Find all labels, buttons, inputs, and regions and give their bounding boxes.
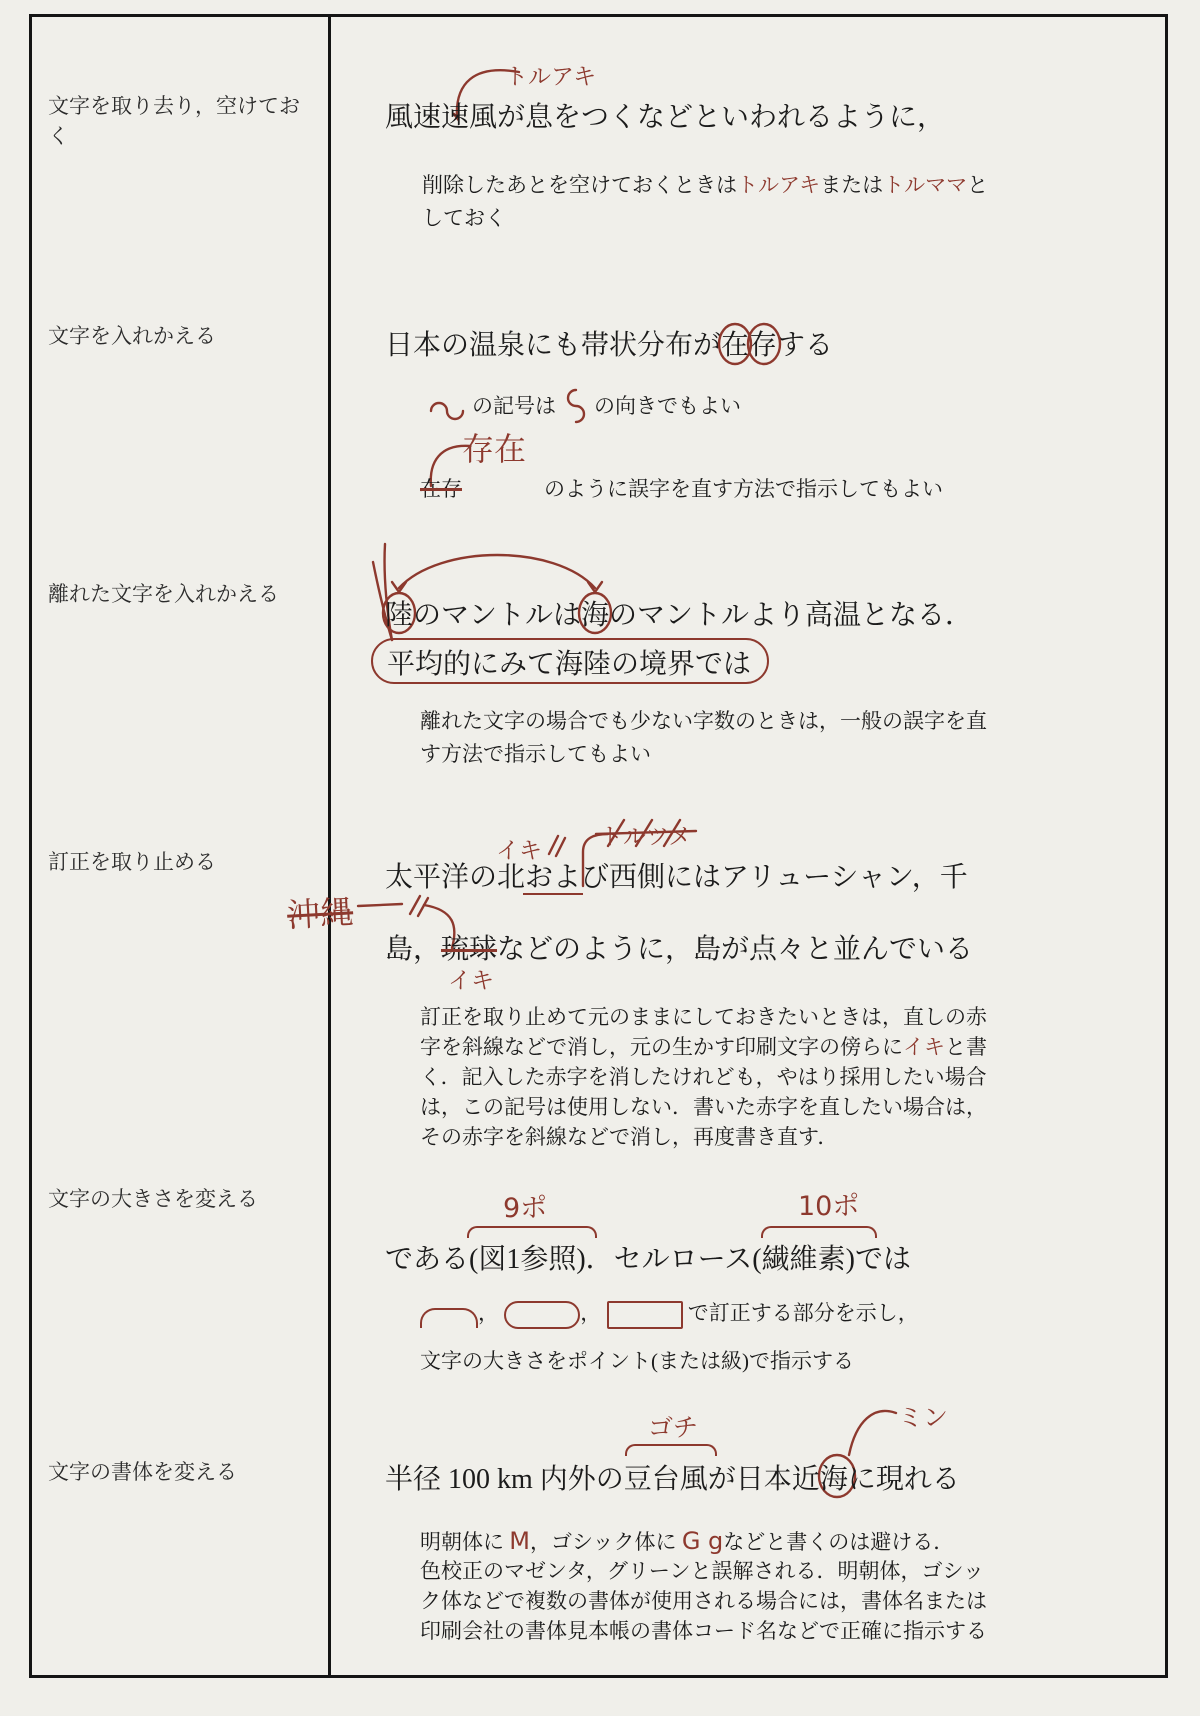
transpose-symbol-horizontal-icon	[428, 393, 466, 419]
typeface-bracket-mark	[625, 1444, 717, 1456]
row-label-typeface: 文字の書体を変える	[48, 1458, 314, 1488]
iki-term: イキ	[903, 1035, 945, 1059]
remove-note-text: 削除したあとを空けておくときは	[422, 173, 737, 197]
letter-m-red: M	[509, 1527, 530, 1555]
typeface-target-mincho: 海	[820, 1464, 848, 1495]
size-target-1: (図1参照)	[469, 1244, 586, 1275]
size-bracket-mark-1	[467, 1226, 597, 1238]
size-note-comma: ，	[580, 1301, 601, 1325]
typeface-text-mid: が日本近	[708, 1464, 820, 1495]
distant-note-line2: す方法で指示してもよい	[420, 739, 651, 769]
typeface-note-text: などと書くのは避ける．	[723, 1530, 954, 1554]
size-note-text: で訂正する部分を示し，	[688, 1301, 919, 1325]
typeface-example-line: 半径 100 km 内外の豆台風が日本近海に現れる	[385, 1460, 960, 1500]
remove-text-post: 風が息をつくなどといわれるように，	[469, 102, 945, 133]
typeface-note-text: ，ゴシック体に	[530, 1530, 677, 1554]
row-label-swap: 文字を入れかえる	[48, 322, 314, 352]
struck-wrong-word: 在存	[420, 477, 462, 501]
cancel-marked-chars: およ	[525, 862, 581, 893]
size-note-line1: ， ， で訂正する部分を示し，	[420, 1298, 919, 1329]
size-arc-shape-icon	[420, 1308, 478, 1328]
size-target-2: (繊維素)	[752, 1244, 855, 1275]
proofreading-marks-page: 文字を取り去り，空けておく 文字を入れかえる 離れた文字を入れかえる 訂正を取り…	[0, 0, 1200, 1716]
typeface-note-line4: 印刷会社の書体見本帳の書体コード名などで正確に指示する	[420, 1616, 987, 1646]
torumama-term: トルママ	[883, 173, 967, 197]
typeface-text-post: に現れる	[848, 1464, 960, 1495]
size-text-post: では	[855, 1244, 911, 1275]
typeface-note-line1: 明朝体に M，ゴシック体に G gなどと書くのは避ける．	[420, 1526, 954, 1557]
distant-example-line1: 陸のマントルは海のマントルより高温となる．	[385, 596, 973, 636]
size-note-comma: ，	[478, 1301, 499, 1325]
size-text-pre: である	[385, 1244, 469, 1275]
cancel-note-line2: 字を斜線などで消し，元の生かす印刷文字の傍らにイキと書	[420, 1032, 987, 1062]
cancel-red-underline	[523, 893, 583, 896]
size-rect-shape-icon	[607, 1301, 683, 1329]
swap-alt-note-line: 在存のように誤字を直す方法で指示してもよい	[420, 474, 943, 504]
cancel-line2-struck: 琉球	[441, 934, 497, 965]
cancel-line2-pre: 島，	[385, 934, 441, 965]
swap-symbol-note: の記号は の向きでもよい	[428, 386, 741, 426]
row-label-cancel: 訂正を取り止める	[48, 848, 314, 878]
distant-target-1: 陸	[385, 600, 413, 631]
distant-example-line2: 平均的にみて海陸の境界では	[387, 645, 751, 685]
size-note-line2: 文字の大きさをポイント(または級)で指示する	[420, 1346, 854, 1376]
transpose-symbol-vertical-icon	[562, 386, 588, 426]
remove-text-pre: 風速	[385, 102, 441, 133]
gothic-annotation: ゴチ	[648, 1408, 698, 1444]
swap-note-text: の記号は	[472, 391, 556, 421]
cancel-line2-post: などのように，島が点々と並んでいる	[497, 934, 973, 965]
swap-note-text: の向きでもよい	[594, 391, 741, 421]
distant-text-post: のマントルより高温となる．	[609, 600, 973, 631]
size-capsule-shape-icon	[504, 1301, 580, 1329]
remove-note-line1: 削除したあとを空けておくときはトルアキまたはトルママと	[422, 170, 988, 200]
cancel-note-line1: 訂正を取り止めて元のままにしておきたいときは，直しの赤	[420, 1002, 987, 1032]
size-9pt-annotation: 9ポ	[503, 1186, 547, 1225]
transpose-circles-mark	[715, 320, 795, 370]
cancel-note-text: 字を斜線などで消し，元の生かす印刷文字の傍らに	[420, 1035, 903, 1059]
cancel-note-line5: その赤字を斜線などで消し，再度書き直す．	[420, 1122, 838, 1152]
distant-text-mid: のマントルは	[413, 600, 581, 631]
table-column-divider	[328, 14, 331, 1678]
typeface-target-gothic: 豆台風	[624, 1464, 708, 1495]
iki-annotation-below: イキ	[448, 962, 494, 995]
okinawa-handwritten-struck: 沖縄	[286, 886, 354, 936]
cancel-text-post: び西側にはアリューシャン，千	[581, 862, 968, 893]
swap-alt-note-text: のように誤字を直す方法で指示してもよい	[544, 477, 943, 501]
remove-note-line2: しておく	[422, 203, 506, 233]
remove-note-text: または	[820, 173, 883, 197]
remove-note-text: と	[967, 173, 988, 197]
typeface-text-pre: 半径 100 km 内外の	[385, 1464, 624, 1495]
typeface-note-text: 明朝体に	[420, 1530, 504, 1554]
distant-note-line1: 離れた文字の場合でも少ない字数のときは，一般の誤字を直	[420, 706, 987, 736]
okinawa-text: 沖縄	[286, 892, 354, 934]
size-text-mid: ．セルロース	[586, 1244, 753, 1275]
cancel-note-line4: は，この記号は使用しない．書いた赤字を直したい場合は，	[420, 1092, 987, 1122]
swap-text-pre: 日本の温泉にも帯状分布が	[385, 330, 721, 361]
size-bracket-mark-2	[761, 1226, 877, 1238]
distant-target-2: 海	[581, 600, 609, 631]
typeface-note-line2: 色校正のマゼンタ，グリーンと誤解される．明朝体，ゴシッ	[420, 1556, 984, 1586]
row-label-size: 文字の大きさを変える	[48, 1185, 314, 1215]
toruaki-term: トルアキ	[737, 173, 820, 197]
size-example-line: である(図1参照)．セルロース(繊維素)では	[385, 1240, 911, 1280]
row-label-distant: 離れた文字を入れかえる	[48, 580, 314, 610]
letters-gg-red: G g	[682, 1527, 723, 1555]
typeface-note-line3: ク体などで複数の書体が使用される場合には，書体名または	[420, 1586, 987, 1616]
row-label-remove: 文字を取り去り，空けておく	[48, 92, 314, 152]
remove-example-line: 風速速風が息をつくなどといわれるように，	[385, 98, 945, 138]
cancel-note-text: と書	[945, 1035, 987, 1059]
cancel-note-line3: く．記入した赤字を消したけれども，やはり採用したい場合	[420, 1062, 987, 1092]
remove-text-deleted: 速	[441, 102, 469, 133]
size-10pt-annotation: 10ポ	[798, 1184, 859, 1223]
